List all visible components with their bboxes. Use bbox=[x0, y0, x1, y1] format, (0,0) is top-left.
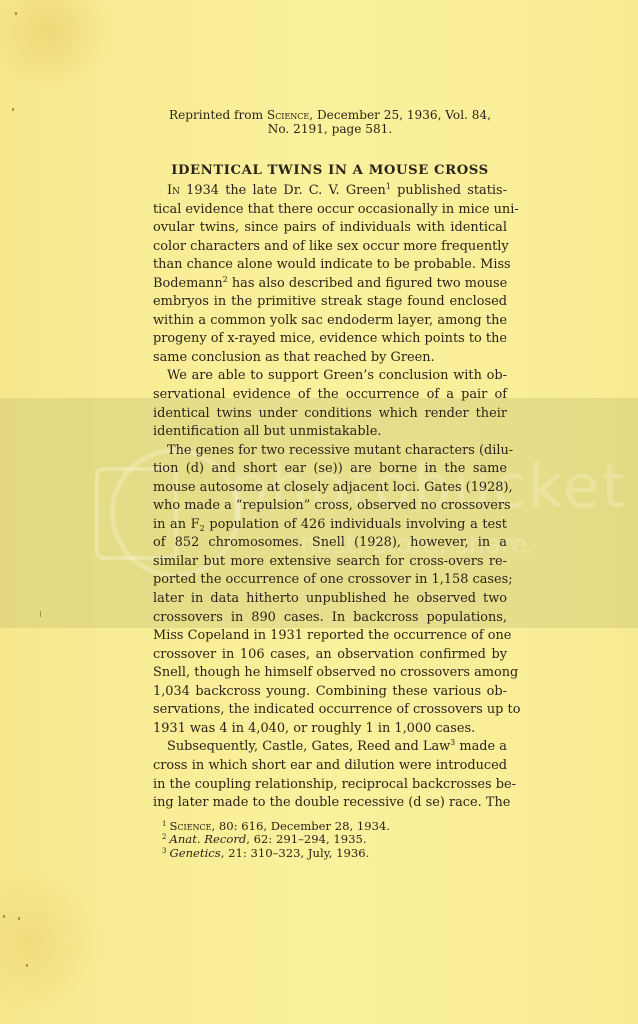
article-title: IDENTICAL TWINS IN A MOUSE CROSS bbox=[153, 162, 507, 179]
footnote-number: 1 bbox=[162, 820, 166, 828]
paper-speck bbox=[26, 964, 28, 967]
paper-speck bbox=[3, 915, 5, 918]
text-line: of 852 chromosomes. Snell (1928), howeve… bbox=[153, 534, 507, 553]
reprint-issue: No. 2191, page 581. bbox=[268, 122, 392, 136]
reprint-journal: Science bbox=[267, 108, 309, 122]
footnote-journal: Genetics bbox=[169, 846, 220, 860]
text-line: embryos in the primitive streak stage fo… bbox=[153, 293, 507, 312]
text-line: than chance alone would indicate to be p… bbox=[153, 256, 507, 275]
text-line: tical evidence that there occur occasion… bbox=[153, 201, 507, 220]
text-line: later in data hitherto unpublished he ob… bbox=[153, 590, 507, 609]
text-line: tion (d) and short ear (se)) are borne i… bbox=[153, 460, 507, 479]
paragraph-3: The genes for two recessive mutant chara… bbox=[153, 442, 507, 739]
text-line: Miss Copeland in 1931 reported the occur… bbox=[153, 627, 507, 646]
text-line: identical twins under conditions which r… bbox=[153, 405, 507, 424]
paragraph-2: We are able to support Green’s conclusio… bbox=[153, 367, 507, 441]
text-line: mouse autosome at closely adjacent loci.… bbox=[153, 479, 507, 498]
paper-speck bbox=[40, 611, 41, 617]
text-line: The genes for two recessive mutant chara… bbox=[153, 442, 507, 461]
text-line: color characters and of like sex occur m… bbox=[153, 238, 507, 257]
text-line: Bodemann2 has also described and figured… bbox=[153, 275, 507, 294]
text-line: servational evidence of the occurrence o… bbox=[153, 386, 507, 405]
text-line: progeny of x-rayed mice, evidence which … bbox=[153, 330, 507, 349]
footnote-journal: Anat. Record bbox=[169, 832, 246, 846]
text-line: Subsequently, Castle, Gates, Reed and La… bbox=[153, 738, 507, 757]
footnote-3: 3Genetics, 21: 310–323, July, 1936. bbox=[162, 847, 507, 861]
footnote-citation: , 62: 291–294, 1935. bbox=[246, 832, 366, 846]
paper-speck bbox=[12, 108, 14, 111]
footnote-journal: Science bbox=[169, 819, 211, 833]
text-line: 1,034 backcross young. Combining these v… bbox=[153, 683, 507, 702]
text-line: ovular twins, since pairs of individuals… bbox=[153, 219, 507, 238]
reprint-prefix: Reprinted from bbox=[169, 108, 267, 122]
reprint-notice: Reprinted from Science, December 25, 193… bbox=[153, 108, 507, 136]
text-line: Snell, though he himself observed no cro… bbox=[153, 664, 507, 683]
text-line: cross in which short ear and dilution we… bbox=[153, 757, 507, 776]
text-line: crossovers in 890 cases. In backcross po… bbox=[153, 609, 507, 628]
text-line: who made a “repulsion” cross, observed n… bbox=[153, 497, 507, 516]
text-line: servations, the indicated occurrence of … bbox=[153, 701, 507, 720]
document-page: Reprinted from Science, December 25, 193… bbox=[153, 108, 507, 860]
text-line: ing later made to the double recessive (… bbox=[153, 794, 507, 813]
paragraph-1: In 1934 the late Dr. C. V. Green1 publis… bbox=[153, 182, 507, 367]
paragraph-4: Subsequently, Castle, Gates, Reed and La… bbox=[153, 738, 507, 812]
text-line: 1931 was 4 in 4,040, or roughly 1 in 1,0… bbox=[153, 720, 507, 739]
text-line: In 1934 the late Dr. C. V. Green1 publis… bbox=[153, 182, 507, 201]
text-line: identification all but unmistakable. bbox=[153, 423, 507, 442]
footnote-citation: , 21: 310–323, July, 1936. bbox=[221, 846, 370, 860]
text-line: within a common yolk sac endoderm layer,… bbox=[153, 312, 507, 331]
text-line: crossover in 106 cases, an observation c… bbox=[153, 646, 507, 665]
text-line: in an F2 population of 426 individuals i… bbox=[153, 516, 507, 535]
footnote-number: 2 bbox=[162, 833, 166, 841]
article-body: In 1934 the late Dr. C. V. Green1 publis… bbox=[153, 182, 507, 813]
text-line: same conclusion as that reached by Green… bbox=[153, 349, 507, 368]
paper-speck bbox=[18, 917, 20, 920]
text-line: in the coupling relationship, reciprocal… bbox=[153, 776, 507, 795]
reprint-suffix: , December 25, 1936, Vol. 84, bbox=[309, 108, 491, 122]
footnotes: 1Science, 80: 616, December 28, 1934. 2A… bbox=[153, 820, 507, 861]
text-line: We are able to support Green’s conclusio… bbox=[153, 367, 507, 386]
text-line: ported the occurrence of one crossover i… bbox=[153, 571, 507, 590]
footnote-citation: , 80: 616, December 28, 1934. bbox=[212, 819, 391, 833]
text-line: similar but more extensive search for cr… bbox=[153, 553, 507, 572]
footnote-1: 1Science, 80: 616, December 28, 1934. bbox=[162, 820, 507, 834]
paper-speck bbox=[15, 12, 17, 15]
footnote-2: 2Anat. Record, 62: 291–294, 1935. bbox=[162, 833, 507, 847]
footnote-number: 3 bbox=[162, 847, 166, 855]
